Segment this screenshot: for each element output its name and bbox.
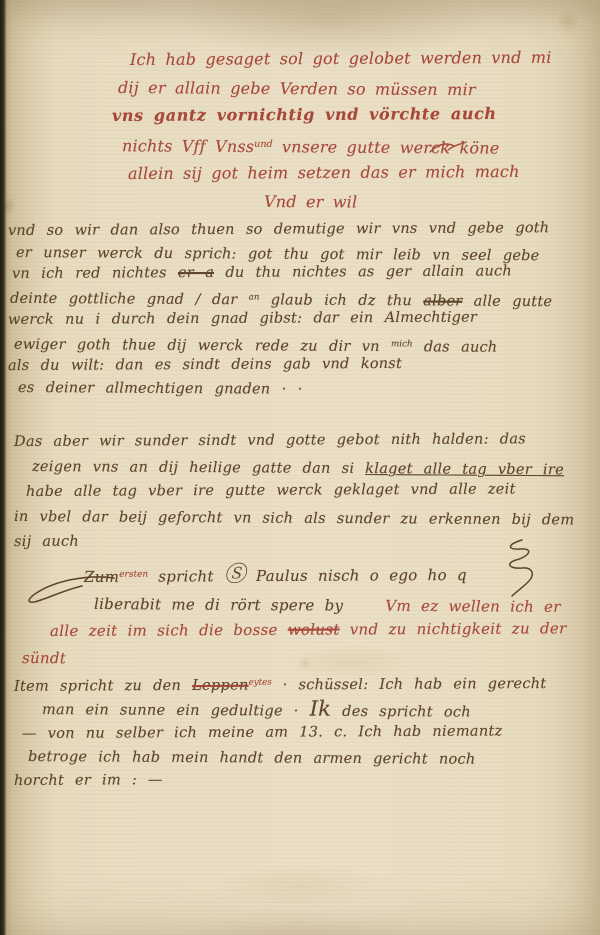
text-segment: — von nu selber ich meine am 13. c. Ich … xyxy=(22,723,503,742)
paragraph-1: vnd so wir dan also thuen so demutige wi… xyxy=(8,221,552,399)
text-segment: wolust xyxy=(288,620,340,638)
text-segment: an xyxy=(249,292,260,302)
text-segment: habe alle tag vber ire gutte werck gekla… xyxy=(26,481,516,500)
manuscript-page: Ich hab gesaget sol got gelobet werden v… xyxy=(0,0,600,935)
text-segment: Vnd er wil xyxy=(264,192,357,212)
red-heading-section: Ich hab gesaget sol got gelobet werden v… xyxy=(112,46,552,216)
binding-edge xyxy=(0,0,7,935)
text-segment: betroge ich hab mein handt den armen ger… xyxy=(28,749,476,768)
text-segment: Paulus nisch o ego ho q xyxy=(246,566,467,585)
text-segment: klaget alle tag vber ire xyxy=(365,461,564,478)
manuscript-line: Ich hab gesaget sol got gelobet werden v… xyxy=(130,44,552,74)
manuscript-line: werck nu i durch dein gnad gibst: dar ei… xyxy=(8,307,552,331)
text-segment: eytes xyxy=(249,678,272,688)
text-segment: als du wilt: dan es sindt deins gab vnd … xyxy=(8,356,402,374)
text-segment: vnsere gutte werck köne xyxy=(273,137,500,157)
text-segment: spricht xyxy=(148,567,224,585)
text-segment: nichts Vff Vnss xyxy=(122,136,254,156)
text-segment: dij er allain gebe Verden so müssen mir xyxy=(118,78,476,99)
manuscript-line: sij auch xyxy=(14,527,575,555)
manuscript-line: vns gantz vornichtig vnd vörchte auch xyxy=(112,100,552,130)
text-segment: sündt xyxy=(22,649,66,667)
text-segment: · schüssel: Ich hab ein gerecht xyxy=(272,676,547,693)
text-segment: des spricht och xyxy=(331,704,471,721)
text-segment: vn ich red nichtes xyxy=(12,265,178,282)
paragraph-3: Zumersten spricht Ⓢ Paulus nisch o ego h… xyxy=(22,562,567,672)
manuscript-line: — von nu selber ich meine am 13. c. Ich … xyxy=(22,720,547,746)
paragraph-2: Das aber wir sunder sindt vnd gotte gebo… xyxy=(14,430,574,555)
manuscript-line: horcht er im : — xyxy=(14,767,547,793)
text-segment: Ich hab gesaget sol got gelobet werden v… xyxy=(130,48,552,69)
manuscript-line: Item spricht zu den Leppeneytes · schüss… xyxy=(14,670,547,699)
text-segment: Leppen xyxy=(192,678,249,694)
manuscript-line: Vnd er wil xyxy=(264,188,552,218)
text-segment: vns gantz vornichtig vnd vörchte auch xyxy=(112,104,497,125)
text-segment: er a xyxy=(178,265,214,281)
text-segment: allein sij got heim setzen das er mich m… xyxy=(128,162,520,183)
text-segment: in vbel dar beij geforcht vn sich als su… xyxy=(14,509,574,528)
text-segment: horcht er im : — xyxy=(14,772,163,789)
manuscript-line: alle zeit im sich die bosse wolust vnd z… xyxy=(50,615,567,645)
text-segment: Zum xyxy=(84,568,119,586)
text-segment: Ⓢ xyxy=(224,562,246,587)
text-segment: ersten xyxy=(119,570,148,580)
paragraph-4: Item spricht zu den Leppeneytes · schüss… xyxy=(14,673,547,793)
text-segment: ewiger goth thue dij werck rede zu dir v… xyxy=(14,337,391,355)
text-segment: du thu nichtes as ger allain auch xyxy=(214,264,512,282)
text-segment: Item spricht zu den xyxy=(14,678,192,695)
text-segment: vnd so wir dan also thuen so demutige wi… xyxy=(8,220,549,239)
manuscript-line: es deiner allmechtigen gnaden · · xyxy=(18,378,552,403)
text-segment: und xyxy=(254,139,273,150)
text-segment: Vm ez wellen ich er xyxy=(385,597,560,616)
text-segment: Ik xyxy=(310,696,332,721)
manuscript-line: allein sij got heim setzen das er mich m… xyxy=(128,158,552,188)
text-segment: vnd zu nichtigkeit zu der xyxy=(340,619,567,638)
manuscript-line: vnd so wir dan also thuen so demutige wi… xyxy=(8,218,552,242)
text-segment: liberabit me di rört spere by xyxy=(94,595,343,615)
text-segment: deinte gottliche gnad / dar xyxy=(10,291,249,308)
manuscript-line: habe alle tag vber ire gutte werck gekla… xyxy=(26,477,575,505)
text-segment: glaub ich dz thu xyxy=(259,292,423,309)
text-segment: Das aber wir sunder sindt vnd gotte gebo… xyxy=(14,431,526,450)
text-segment: mich xyxy=(391,339,413,349)
manuscript-line: als du wilt: dan es sindt deins gab vnd … xyxy=(8,353,552,377)
text-segment: alle zeit im sich die bosse xyxy=(50,621,288,640)
manuscript-line: Das aber wir sunder sindt vnd gotte gebo… xyxy=(14,427,575,455)
text-segment: zeigen vns an dij heilige gatte dan si xyxy=(32,459,365,477)
manuscript-line: vn ich red nichtes er a du thu nichtes a… xyxy=(12,261,552,285)
text-segment: man ein sunne ein gedultige · xyxy=(42,702,310,720)
manuscript-line: Zumersten spricht Ⓢ Paulus nisch o ego h… xyxy=(84,559,567,590)
text-segment: sij auch xyxy=(14,534,79,550)
text-segment: es deiner allmechtigen gnaden · · xyxy=(18,380,303,398)
text-segment: werck nu i durch dein gnad gibst: dar ei… xyxy=(8,310,477,328)
